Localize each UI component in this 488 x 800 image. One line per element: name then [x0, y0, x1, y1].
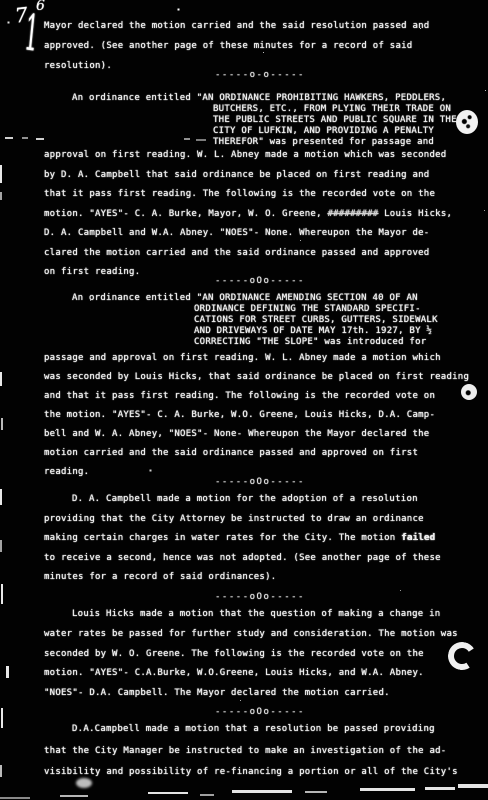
text-line: AND DRIVEWAYS OF DATE MAY 17th. 1927, BY…	[194, 326, 474, 337]
text-line: minutes for a record of said ordinances)…	[44, 568, 474, 588]
paragraph-ordinance-hawkers-title: An ordinance entitled "AN ORDINANCE PROH…	[44, 93, 474, 148]
text-line: An ordinance entitled "AN ORDINANCE AMEN…	[44, 293, 474, 304]
paragraph-refinancing-motion: D.A.Campbell made a motion that a resolu…	[44, 719, 474, 784]
vote-line: motion. "AYES"- C.A.Burke, W.O.Greene, L…	[44, 664, 474, 684]
vote-line: motion. "AYES"- C. A. Burke, Mayor, W. O…	[44, 205, 474, 225]
text-line: was seconded by Louis Hicks, that said o…	[44, 368, 474, 387]
struck-out-text: #########	[327, 209, 378, 219]
text-line: that the City Manager be instructed to m…	[44, 741, 474, 763]
film-noise-specks	[0, 0, 1, 1]
punch-hole-mark	[456, 110, 478, 134]
film-scratch	[425, 787, 455, 790]
text-line: approval on first reading. W. L. Abney m…	[44, 146, 474, 166]
text-line: D. A. Campbell and W.A. Abney. "NOES"- N…	[44, 224, 474, 244]
margin-dash	[22, 137, 28, 139]
text-line: CITY OF LUFKIN, AND PROVIDING A PENALTY	[213, 126, 474, 137]
margin-scratch	[0, 165, 2, 183]
section-divider: -----o-o-----	[190, 70, 330, 80]
text-line: and that it pass first reading. The foll…	[44, 387, 474, 406]
text-line: An ordinance entitled "AN ORDINANCE PROH…	[44, 93, 474, 104]
film-scratch	[458, 784, 488, 788]
text-line: THE PUBLIC STREETS AND PUBLIC SQUARE IN …	[213, 115, 474, 126]
text-line: BUTCHERS, ETC., FROM PLYING THEIR TRADE …	[213, 104, 474, 115]
text-line: CORRECTING "THE SLOPE" was introduced fo…	[194, 337, 474, 348]
paragraph-ordinance-hawkers-body: approval on first reading. W. L. Abney m…	[44, 146, 474, 283]
margin-dash	[36, 138, 44, 140]
text-line: approved. (See another page of these min…	[44, 36, 474, 56]
film-scratch	[148, 792, 188, 794]
vote-line: "NOES"- D.A. Campbell. The Mayor declare…	[44, 684, 474, 704]
text-line: providing that the City Attorney be inst…	[44, 510, 474, 530]
section-divider: -----oOo-----	[190, 477, 330, 487]
margin-scratch	[0, 765, 2, 777]
text-line: D.A.Campbell made a motion that a resolu…	[44, 719, 474, 741]
text-line: ORDINANCE DEFINING THE STANDARD SPECIFI-	[194, 304, 474, 315]
page-number-digit: 6	[36, 0, 45, 14]
ink-smudge	[76, 778, 92, 788]
text-line: passage and approval on first reading. W…	[44, 349, 474, 368]
section-divider: -----oOo-----	[190, 592, 330, 602]
text-line: Louis Hicks made a motion that the quest…	[44, 605, 474, 625]
margin-scratch	[0, 372, 2, 386]
film-scratch	[0, 797, 30, 799]
film-scratch	[360, 788, 415, 791]
text-line: by D. A. Campbell that said ordinance be…	[44, 166, 474, 186]
text-line: making certain charges in water rates fo…	[44, 529, 474, 549]
text-line: that it pass first reading. The followin…	[44, 185, 474, 205]
text-line: bell and W. A. Abney, "NOES"- None- Wher…	[44, 425, 474, 444]
margin-scratch	[6, 666, 9, 678]
paragraph-water-ordinance-motion: D. A. Campbell made a motion for the ado…	[44, 490, 474, 588]
paragraph-ordinance-slope-body: passage and approval on first reading. W…	[44, 349, 474, 482]
margin-scratch	[1, 708, 3, 728]
margin-scratch	[1, 418, 3, 430]
text-line: seconded by W. O. Greene. The following …	[44, 645, 474, 665]
section-divider: -----oOo-----	[190, 707, 330, 717]
margin-dash	[184, 138, 190, 140]
film-scratch	[305, 791, 327, 793]
text-line: Mayor declared the motion carried and th…	[44, 16, 474, 36]
text-line: clared the motion carried and the said o…	[44, 244, 474, 264]
ordinance-intro: An ordinance entitled	[72, 93, 197, 103]
text-line: motion carried and the said ordinance pa…	[44, 444, 474, 463]
section-divider: -----oOo-----	[190, 276, 330, 286]
text-line: visibility and possibility of re-financi…	[44, 762, 474, 784]
vote-text: Louis Hicks,	[378, 209, 452, 219]
margin-scratch	[0, 489, 2, 505]
text-line: to receive a second, hence was not adopt…	[44, 549, 474, 569]
paragraph-resolution-record: Mayor declared the motion carried and th…	[44, 16, 474, 76]
film-scratch	[200, 794, 214, 796]
ordinance-title: "AN ORDINANCE PROHIBITING HAWKERS, PEDDL…	[197, 93, 446, 103]
scanned-minutes-page: 7 1 6 Mayor declared the motion carried …	[0, 0, 488, 800]
film-scratch	[232, 790, 292, 793]
text-segment: making certain charges in water rates fo…	[44, 533, 401, 543]
film-scratch	[60, 795, 88, 797]
paragraph-water-study-motion: Louis Hicks made a motion that the quest…	[44, 605, 474, 704]
ordinance-intro: An ordinance entitled	[72, 293, 197, 303]
ordinance-title: "AN ORDINANCE AMENDING SECTION 40 OF AN	[197, 293, 418, 303]
text-line: water rates be passed for further study …	[44, 625, 474, 645]
margin-dash	[196, 139, 206, 141]
margin-dash	[5, 137, 13, 139]
text-line: CATIONS FOR STREET CURBS, GUTTERS, SIDEW…	[194, 315, 474, 326]
vote-line: the motion. "AYES"- C. A. Burke, W.O. Gr…	[44, 406, 474, 425]
overstruck-word: failed	[401, 533, 435, 543]
vote-text: motion. "AYES"- C. A. Burke, Mayor, W. O…	[44, 209, 327, 219]
punch-hole-mark	[461, 384, 477, 400]
margin-scratch	[0, 540, 2, 552]
text-line: D. A. Campbell made a motion for the ado…	[44, 490, 474, 510]
margin-scratch	[1, 584, 3, 604]
margin-scratch	[0, 192, 2, 200]
paragraph-ordinance-slope-title: An ordinance entitled "AN ORDINANCE AMEN…	[44, 293, 474, 348]
